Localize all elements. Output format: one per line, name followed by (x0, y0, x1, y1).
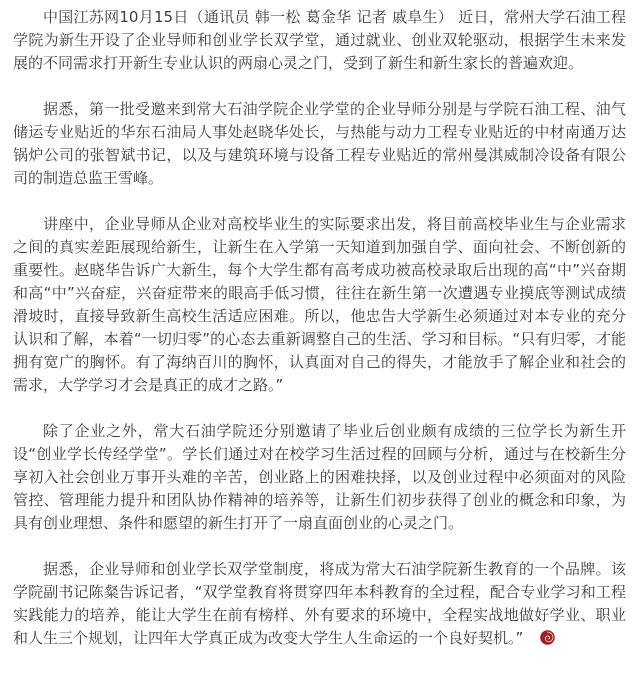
article-page: 中国江苏网10月15日（通讯员 韩一松 葛金华 记者 戚阜生） 近日，常州大学石… (0, 0, 640, 679)
paragraph-alumni: 除了企业之外，常大石油学院还分别邀请了毕业后创业颇有成绩的三位学长为新生开设“创… (13, 420, 626, 535)
paragraph-closing-text: 据悉，企业导师和创业学长双学堂制度，将成为常大石油学院新生教育的一个品牌。该学院… (13, 560, 626, 647)
phoenix-swirl-icon (539, 629, 556, 646)
paragraph-mentors: 据悉，第一批受邀来到常大石油学院企业学堂的企业导师分别是与学院石油工程、油气储运… (13, 98, 626, 190)
paragraph-intro: 中国江苏网10月15日（通讯员 韩一松 葛金华 记者 戚阜生） 近日，常州大学石… (13, 6, 626, 75)
paragraph-closing: 据悉，企业导师和创业学长双学堂制度，将成为常大石油学院新生教育的一个品牌。该学院… (13, 558, 626, 650)
article-body: 中国江苏网10月15日（通讯员 韩一松 葛金华 记者 戚阜生） 近日，常州大学石… (0, 0, 640, 650)
paragraph-lecture: 讲座中，企业导师从企业对高校毕业生的实际要求出发，将目前高校毕业生与企业需求之间… (13, 213, 626, 397)
